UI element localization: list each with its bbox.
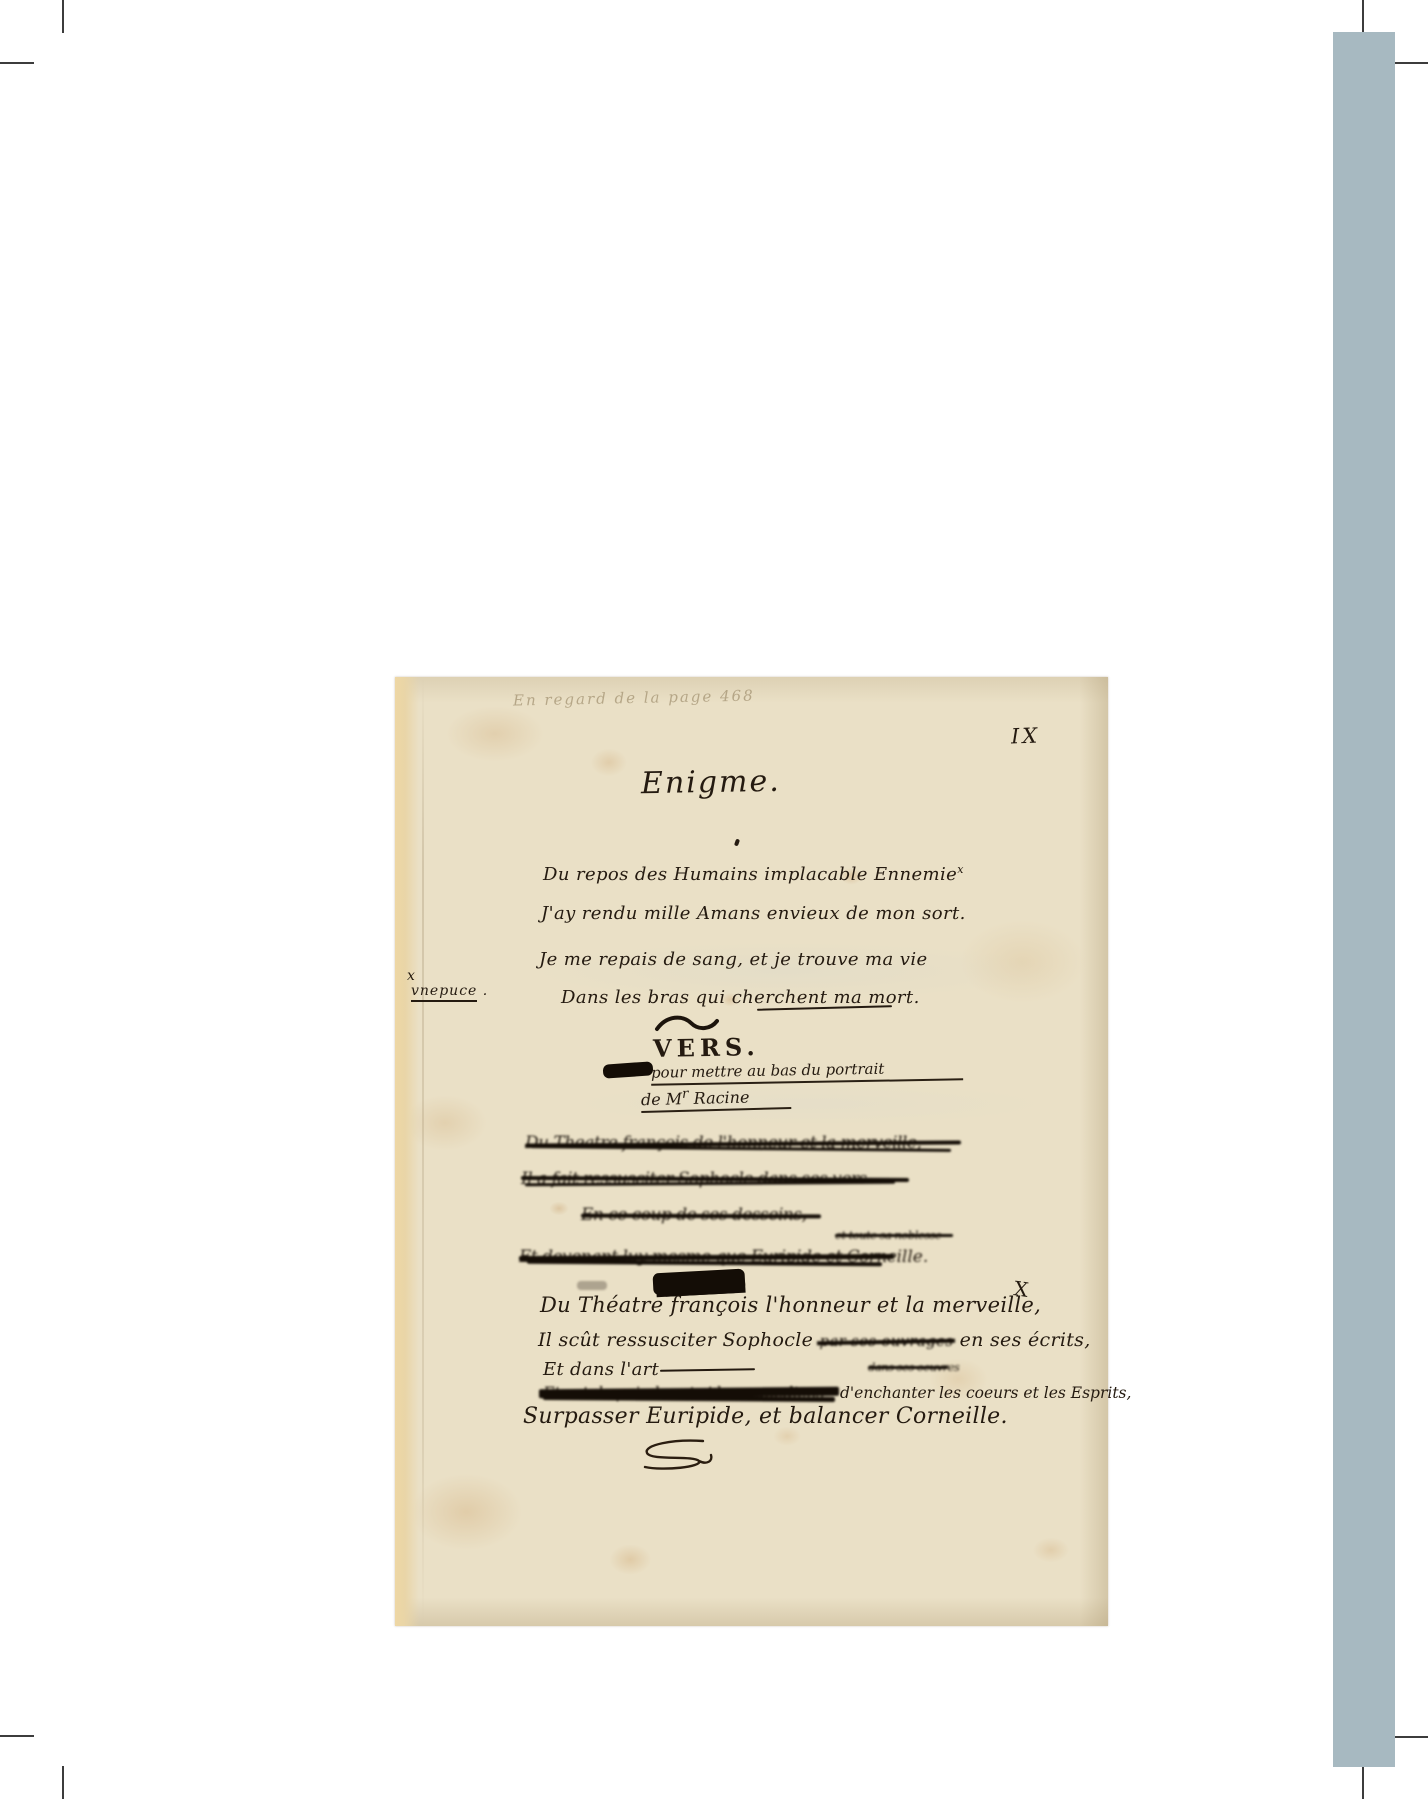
vers-subtitle-2-pre: de M [641,1089,683,1109]
strike-mark [868,1366,948,1369]
final-line-2-struck: par ses ouvrages [819,1332,953,1350]
struck-draft-line-d-tail: ille. [896,1247,928,1267]
final-line-1: Du Théatre françois l'honneur et la merv… [540,1293,1041,1317]
pencil-inscription: En regard de la page 468 [513,686,755,709]
vers-heading: VERS. [653,1032,760,1063]
enigma-line-1: Du repos des Humains implacable Ennemiex [543,863,964,885]
margin-note-dot: . [483,983,488,999]
flourish-above-vers [653,1013,723,1035]
crop-mark-top-left-horizontal [0,62,34,64]
crop-mark-bottom-left-horizontal [0,1735,34,1737]
final-line-3: Et dans l'art [543,1359,659,1380]
paper-fold-line [422,677,424,1626]
dash-after-et-dans-lart [660,1368,755,1372]
struck-draft-line-a: Du Theatre françois de l'honneur et la m… [525,1133,921,1153]
manuscript-photo: En regard de la page 468 IX Enigme. Du r… [395,677,1108,1626]
enigma-line-4: Dans les bras qui cherchent ma mort. [561,987,920,1008]
scribble-blot [652,1269,745,1296]
enigma-line-2: J'ay rendu mille Amans envieux de mon so… [541,903,966,924]
crop-mark-top-right-vertical [1362,0,1364,33]
strike-mark [835,1234,953,1237]
struck-draft-line-b: Il a fait ressusciter Sophocle dans ses … [521,1169,867,1189]
crop-mark-bottom-right-horizontal [1394,1736,1428,1738]
flourish-below-final-line [633,1437,733,1475]
folio-number: IX [1011,723,1041,748]
final-line-2: Il scût ressusciter Sophocle par ses ouv… [538,1329,1091,1351]
crop-mark-top-left-vertical [62,0,64,33]
crop-mark-bottom-left-vertical [62,1766,64,1799]
vers-subtitle-1: pour mettre au bas du portrait [651,1061,963,1083]
strike-mark [581,1214,821,1219]
footnote-mark: x [957,863,964,876]
vers-subtitle-1-text: pour mettre au bas du portrait [651,1058,963,1085]
vers-subtitle-2-text: de Mr Racine [641,1084,792,1113]
enigma-line-1-text: Du repos des Humains implacable Ennemie [543,864,957,885]
struck-insertion-line-2: dans ses oeuvres [868,1360,959,1374]
final-line-2-post: en ses écrits, [953,1329,1090,1351]
final-line-2-pre: Il scût ressusciter Sophocle [538,1329,819,1351]
vers-subtitle-2: de Mr Racine [641,1086,791,1111]
struck-draft-line-c: En ce coup de ses desseins, [581,1205,807,1225]
struck-draft-line-d: Et devenant luy mesme que Euripide et Co… [519,1247,928,1267]
decorative-margin-band [1333,32,1395,1767]
print-proof-page: En regard de la page 468 IX Enigme. Du r… [0,0,1428,1799]
enigma-title: Enigme. [641,764,781,801]
margin-note-word: vnepuce [411,983,477,1002]
final-line-4-text: d'enchanter les coeurs et les Esprits, [840,1384,1131,1402]
enigma-line-3: Je me repais de sang, et je trouve ma vi… [539,949,928,970]
vers-subtitle-2-post: Racine [688,1087,749,1108]
struck-final-line-4: Et sut de peindre et si les comediens [543,1383,824,1402]
crop-mark-top-right-horizontal [1394,62,1428,64]
final-line-5: Surpasser Euripide, et balancer Corneill… [523,1404,1008,1429]
blotted-out-word [603,1061,654,1078]
margin-note-mark: x [407,968,416,984]
margin-note: vnepuce . [411,983,488,999]
ink-speck [734,839,740,847]
struck-insertion-above-line-d: et toute sa noblesse [835,1228,941,1242]
crop-mark-bottom-right-vertical [1362,1766,1364,1799]
ink-smudge [577,1281,607,1290]
